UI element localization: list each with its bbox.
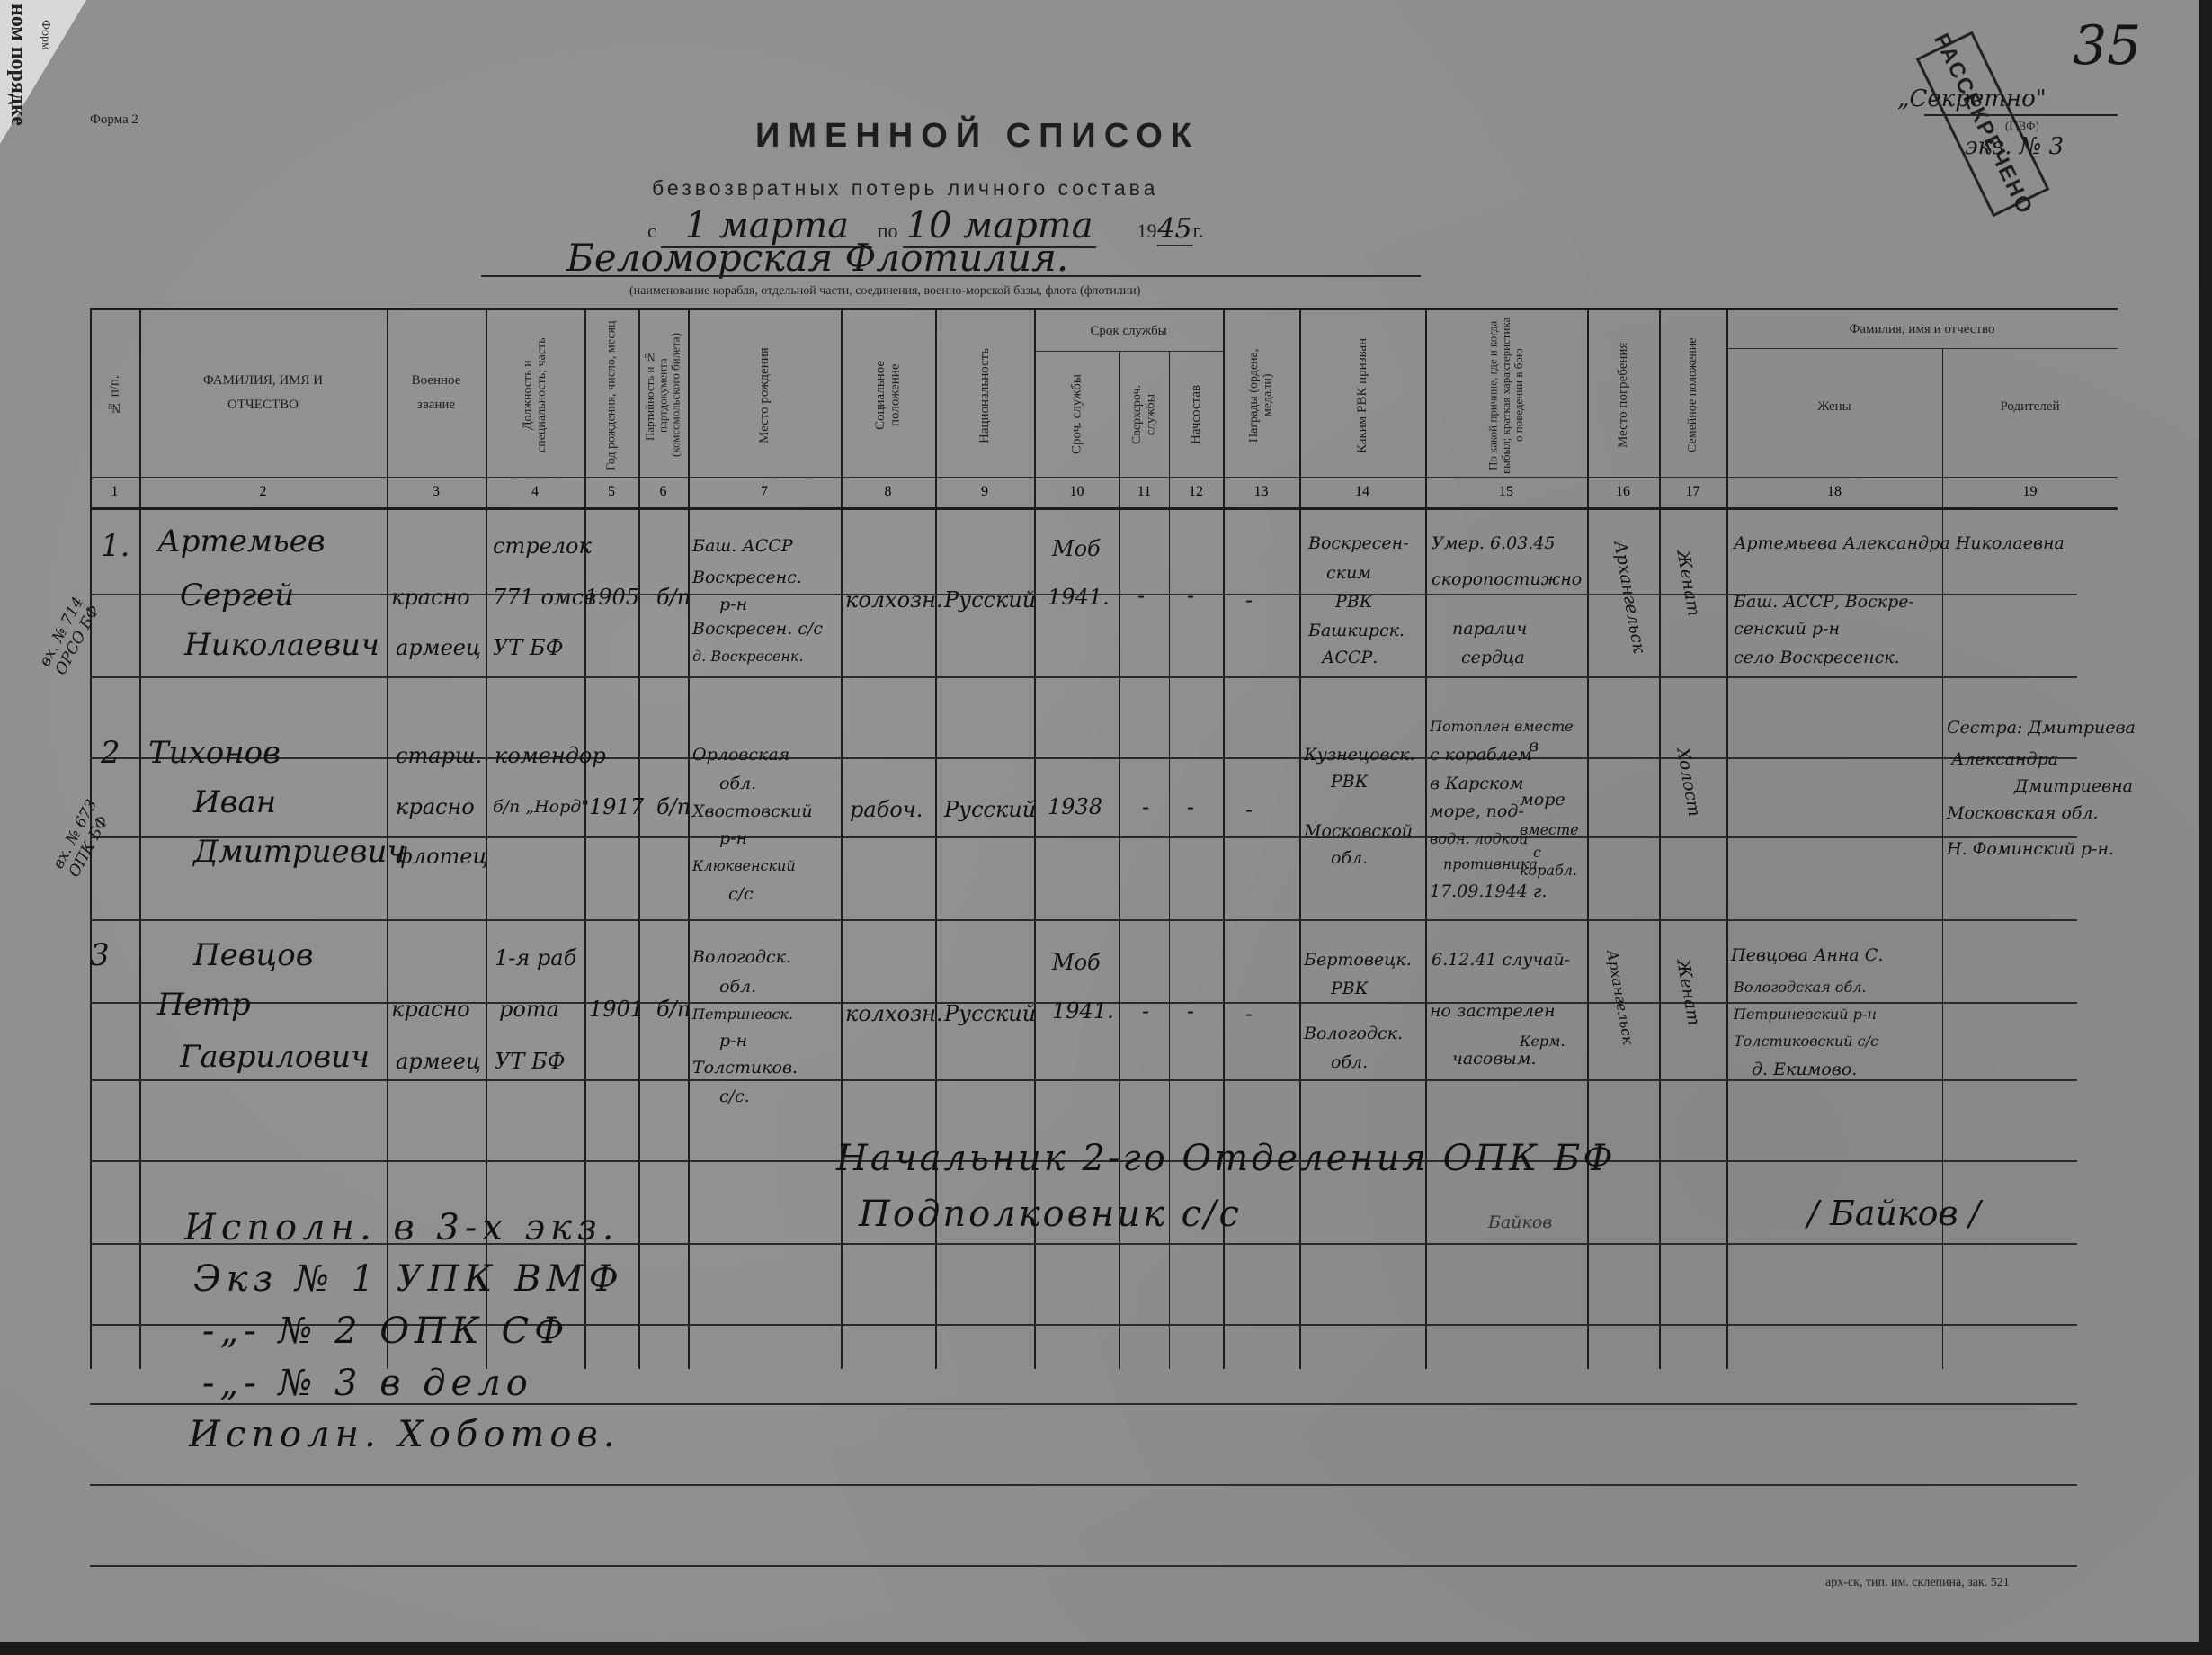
header-num: № п/п. bbox=[90, 317, 139, 474]
header-cause: По какой причине, где и когда выбыл; кра… bbox=[1425, 317, 1587, 474]
header-family: Семейное положение bbox=[1659, 317, 1726, 474]
header-social: Социальное положение bbox=[841, 317, 935, 474]
signature-rank: Подполковник с/с bbox=[859, 1196, 1242, 1232]
secrecy-sub: (Г|ВФ) bbox=[2005, 119, 2039, 133]
signature-scribble: Байков bbox=[1488, 1214, 1552, 1231]
header-service-term: Срок службы bbox=[1034, 315, 1223, 347]
header-burial: Место погребения bbox=[1587, 317, 1659, 474]
header-nationality: Национальность bbox=[935, 317, 1034, 474]
incoming-note-row1: вх. № 714ОРСО БФ bbox=[36, 595, 103, 678]
header-rank: Военное звание bbox=[387, 362, 486, 425]
distribution-line-1: Исполн. в 3-х экз. bbox=[184, 1210, 619, 1246]
table-top-border bbox=[90, 308, 2118, 310]
distribution-line-4: -„- № 3 в дело bbox=[202, 1365, 533, 1401]
distribution-line-5: Исполн. Хоботов. bbox=[189, 1417, 620, 1453]
incoming-note-row2: вх. № 673ОПК БФ bbox=[49, 797, 117, 881]
header-parents: Родителей bbox=[1942, 389, 2118, 425]
form-label: Форма 2 bbox=[90, 112, 138, 128]
signatory-name: / Байков / bbox=[1807, 1196, 1981, 1230]
header-birthplace: Место рождения bbox=[688, 317, 841, 474]
header-relatives: Фамилия, имя и отчество bbox=[1726, 313, 2118, 345]
corner-tab-text: ном порядке bbox=[5, 4, 30, 126]
copy-number: экз. № 3 bbox=[1965, 133, 2064, 160]
relatives-group-divider bbox=[1726, 348, 2118, 349]
header-birth-year: Год рождения, число, месяц bbox=[584, 317, 638, 474]
secrecy-label: „Секретно" bbox=[1897, 85, 2047, 112]
period-year-prefix: 19 bbox=[1137, 219, 1157, 242]
header-position: Должность и специальность; часть bbox=[486, 317, 584, 474]
unit-underline bbox=[481, 275, 1421, 277]
header-extended-service: Сверхсроч. службы bbox=[1119, 354, 1169, 474]
page-number: 35 bbox=[2073, 14, 2141, 77]
document-title: ИМЕННОЙ СПИСОК bbox=[755, 117, 1200, 156]
document-sheet: ном порядке Форм Форма 2 ИМЕННОЙ СПИСОК … bbox=[0, 0, 2199, 1642]
printer-note: арх-ск, тип. им. склепина, зак. 521 bbox=[1825, 1576, 2010, 1590]
period-year: 45 bbox=[1157, 213, 1193, 246]
signature-title: Начальник 2-го Отделения ОПК БФ bbox=[836, 1141, 1616, 1176]
unit-caption: (наименование корабля, отдельной части, … bbox=[629, 284, 1140, 299]
secrecy-underline bbox=[1924, 114, 2118, 116]
header-party: Партийность и № партдокумента (комсомоль… bbox=[638, 317, 688, 474]
header-rvk: Каким РВК призван bbox=[1299, 317, 1425, 474]
header-awards: Награды (ордена, медали) bbox=[1223, 317, 1299, 474]
corner-tab-small-text: Форм bbox=[38, 20, 52, 50]
unit-name: Беломорская Флотилия. bbox=[566, 236, 1068, 280]
header-full-name: ФАМИЛИЯ, ИМЯ И ОТЧЕСТВО bbox=[139, 362, 387, 425]
header-regular-service: Сроч. службы bbox=[1034, 354, 1119, 474]
header-bottom-border bbox=[90, 507, 2118, 510]
service-group-divider bbox=[1034, 351, 1223, 352]
distribution-line-2: Экз № 1 УПК ВМФ bbox=[193, 1261, 624, 1297]
header-num-separator bbox=[90, 477, 2118, 478]
period-year-suffix: г. bbox=[1193, 219, 1204, 242]
header-officer: Начсостав bbox=[1169, 354, 1223, 474]
distribution-line-3: -„- № 2 ОПК СФ bbox=[202, 1313, 569, 1349]
document-subtitle: безвозвратных потерь личного состава bbox=[652, 176, 1158, 201]
header-wife: Жены bbox=[1726, 389, 1942, 425]
